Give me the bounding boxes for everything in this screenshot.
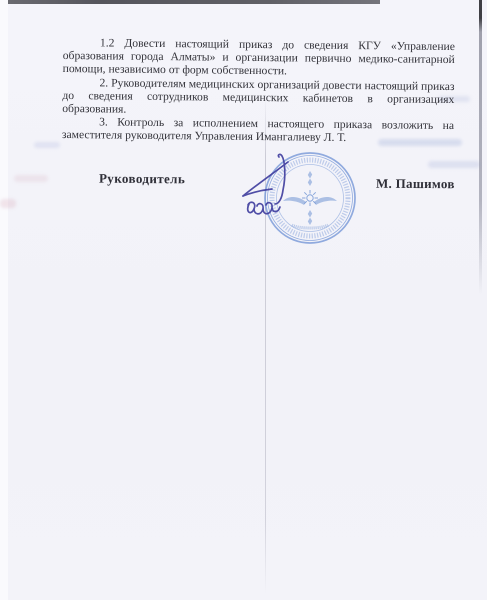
scan-artifact-left-edge — [0, 0, 8, 600]
handwritten-signature — [233, 152, 308, 222]
bleed-through-text — [34, 142, 60, 148]
bleed-through-text — [428, 161, 480, 168]
scan-artifact-top-edge — [8, 0, 380, 4]
scanned-document-page: 1.2 Довести настоящий приказ до сведения… — [0, 0, 487, 600]
order-text-block: 1.2 Довести настоящий приказ до сведения… — [62, 36, 455, 146]
bleed-through-text — [0, 199, 16, 208]
scan-artifact-right-edge — [479, 0, 482, 295]
signer-role-label: Руководитель — [99, 171, 185, 188]
bleed-through-text — [14, 175, 48, 182]
signer-name: М. Пашимов — [376, 176, 455, 193]
